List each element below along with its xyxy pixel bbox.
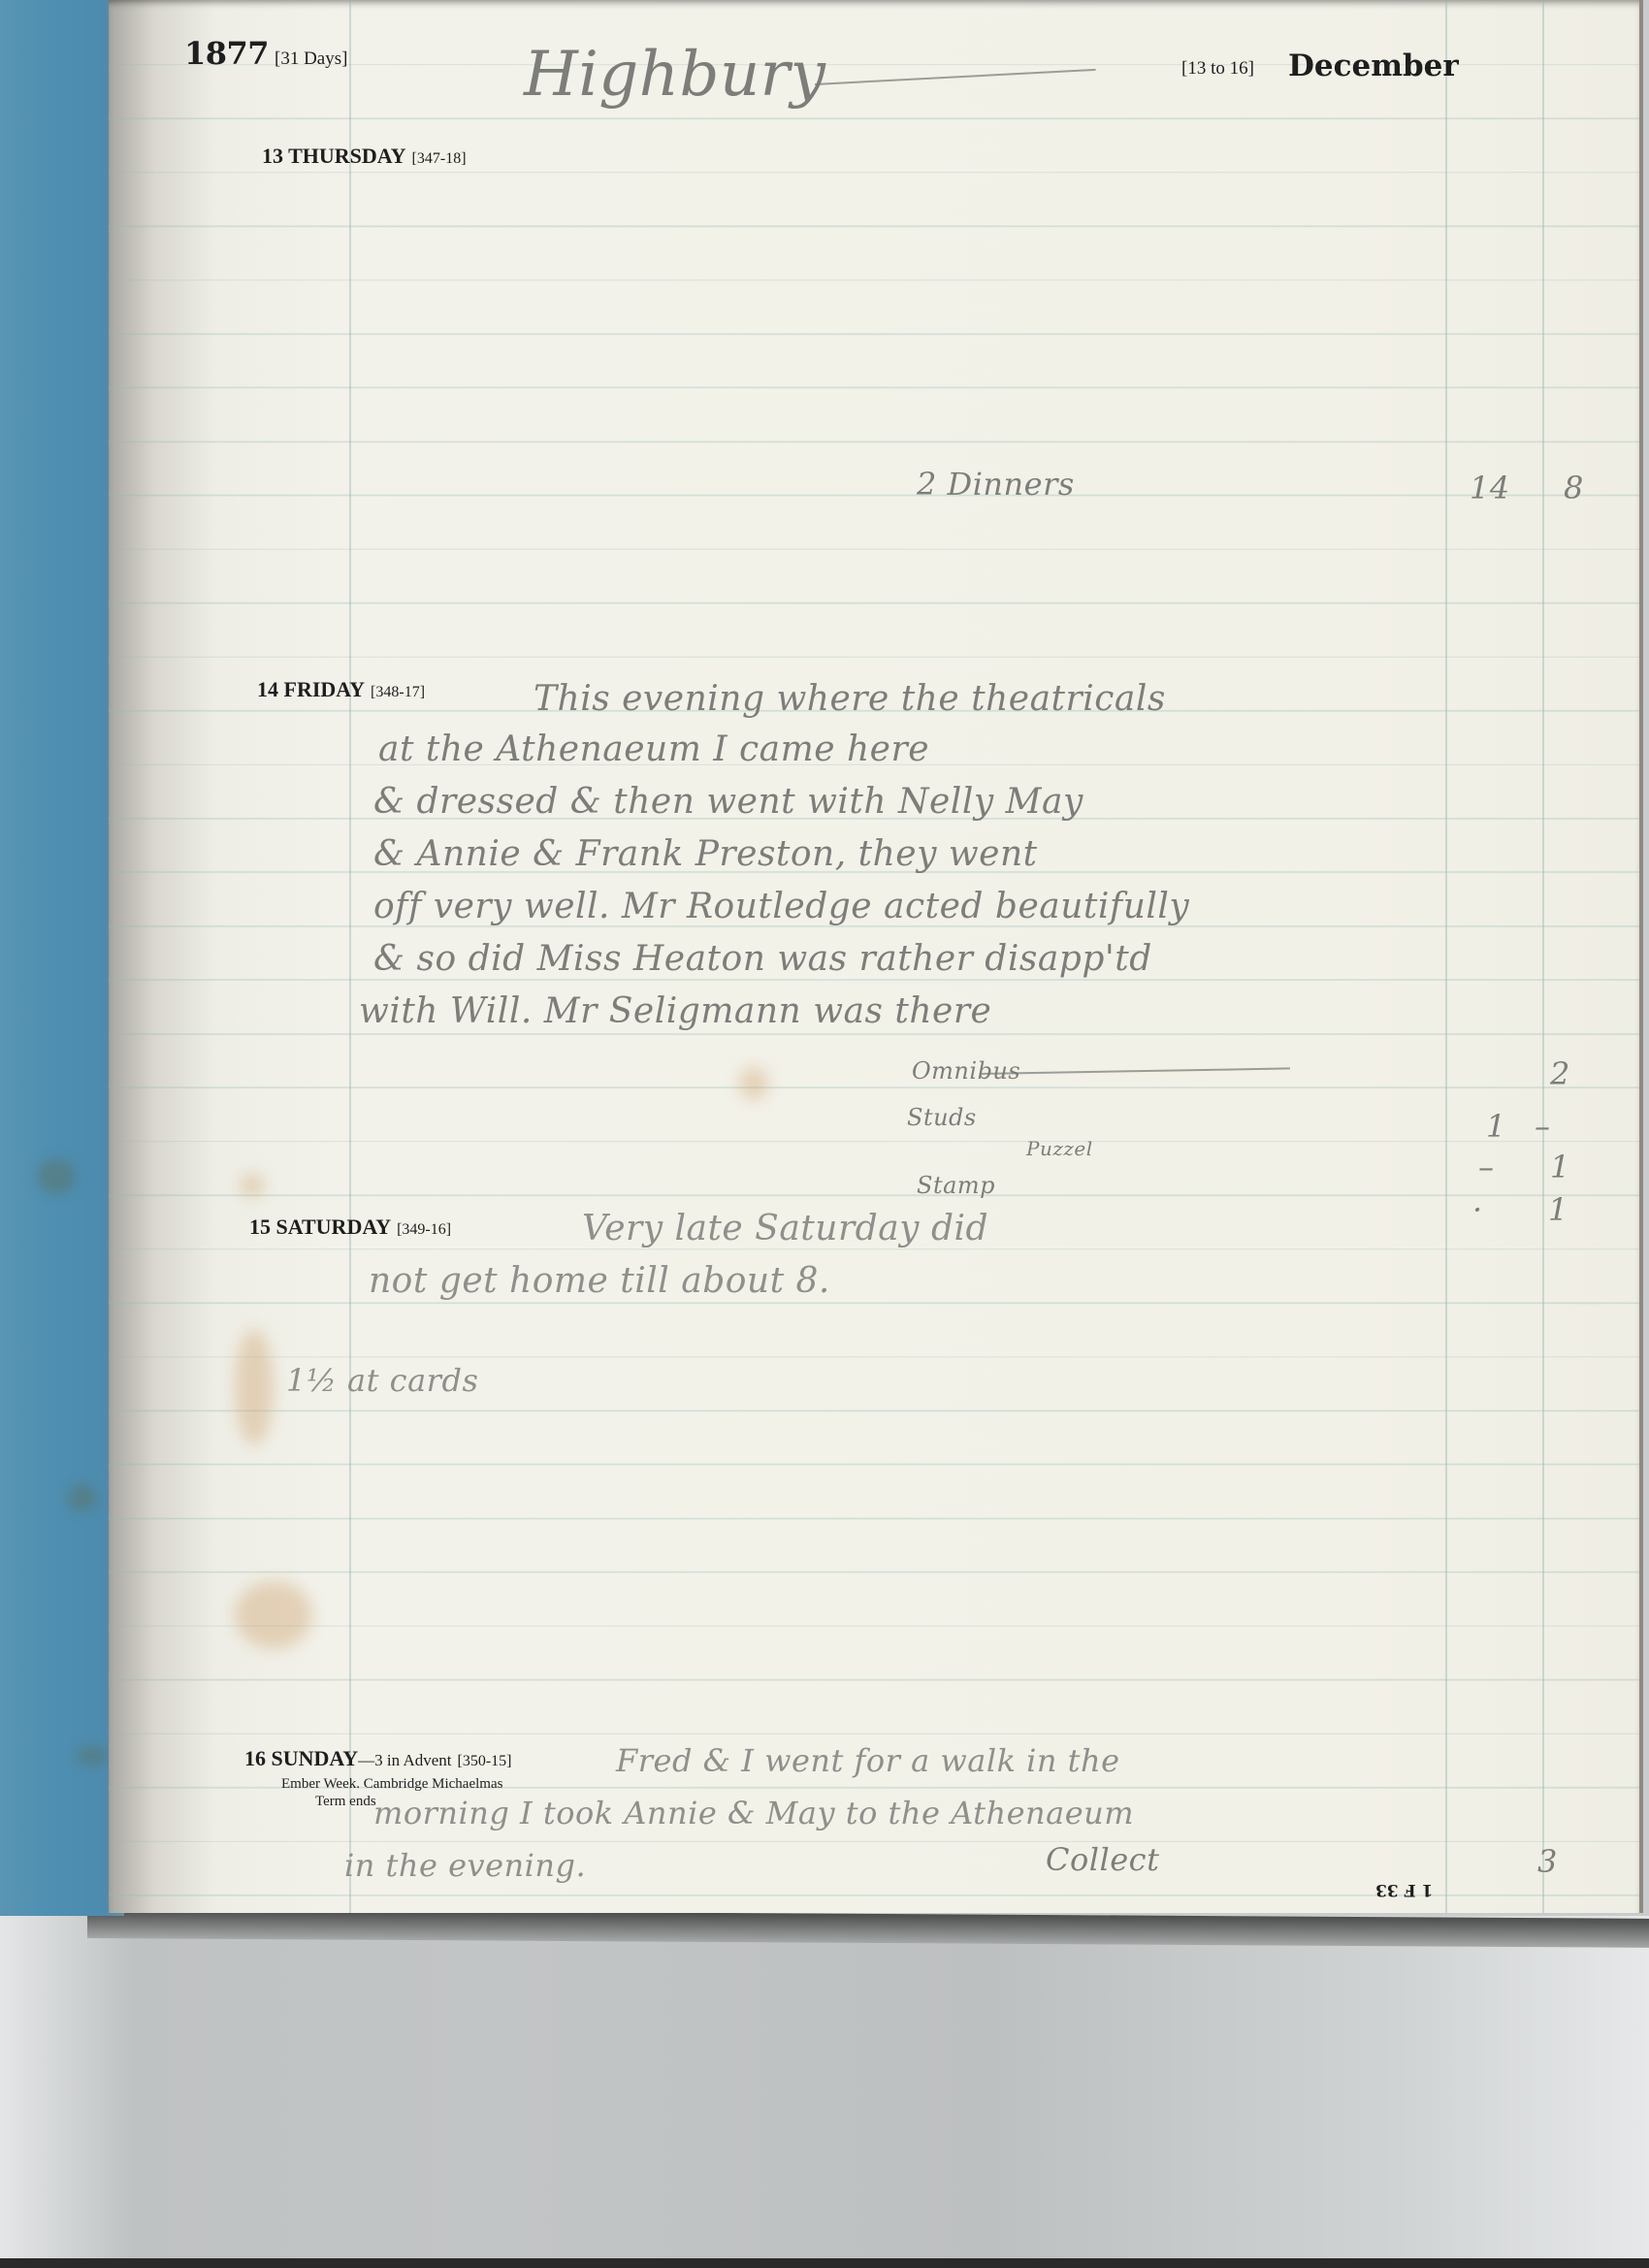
scanner-edge [0, 2258, 1649, 2268]
ledger-shillings: 14 [1470, 470, 1510, 506]
ledger-shillings: · [1472, 1191, 1483, 1228]
book-spine [0, 0, 124, 1916]
pence-column-line [1542, 0, 1544, 1913]
year: 1877 [184, 35, 269, 72]
day-label: 16 SUNDAY [244, 1746, 358, 1770]
day-label: 14 FRIDAY [257, 677, 365, 701]
diary-line: Fred & I went for a walk in the [616, 1742, 1120, 1779]
paper-stain [235, 1329, 274, 1445]
month-title: December [1288, 49, 1459, 83]
spine-stain [68, 1484, 97, 1511]
ledger-item: Omnibus [912, 1057, 1020, 1085]
diary-line: off very well. Mr Routledge acted beauti… [373, 887, 1189, 926]
margin-note: 1½ at cards [286, 1362, 478, 1399]
diary-line: This evening where the theatricals [533, 679, 1166, 719]
day-label: 15 SATURDAY [249, 1215, 391, 1239]
paper-stain [739, 1067, 768, 1100]
spine-stain [78, 1746, 107, 1766]
days-in-month: [31 Days] [275, 49, 347, 70]
ledger-pence: 1 [1550, 1149, 1570, 1185]
day-label: 13 THURSDAY [262, 144, 406, 168]
diary-line: & so did Miss Heaton was rather disapp't… [373, 939, 1152, 979]
ledger-pence: 3 [1537, 1843, 1558, 1880]
day-heading-14: 14 FRIDAY[348-17] [257, 677, 425, 702]
ledger-item: Studs [907, 1104, 977, 1131]
handwritten-place: Highbury [524, 39, 825, 111]
ledger-shillings: – [1478, 1149, 1495, 1185]
ledger-pence: 1 [1548, 1191, 1568, 1228]
scanner-background [0, 1916, 1649, 2268]
day-numbers: [350-15] [458, 1753, 512, 1769]
ledger-pence: 2 [1550, 1055, 1570, 1092]
margin-line [349, 0, 351, 1913]
diary-line: not get home till about 8. [369, 1261, 830, 1301]
diary-line: & Annie & Frank Preston, they went [373, 834, 1038, 874]
diary-line: morning I took Annie & May to the Athena… [373, 1795, 1134, 1831]
day-numbers: [347-18] [412, 150, 467, 167]
day-suffix: —3 in Advent [358, 1751, 451, 1769]
ledger-item: Stamp [917, 1172, 995, 1199]
shillings-column-line [1445, 0, 1447, 1913]
ledger-pence: 8 [1564, 470, 1584, 506]
printed-note: Term ends [315, 1793, 376, 1810]
printer-signature-mark: 1 F 33 [1375, 1880, 1433, 1899]
ledger-shillings: 1 [1486, 1108, 1506, 1145]
day-numbers: [348-17] [371, 684, 425, 700]
date-range: [13 to 16] [1181, 58, 1254, 80]
ledger-item: 2 Dinners [917, 466, 1075, 502]
day-heading-15: 15 SATURDAY[349-16] [249, 1215, 451, 1240]
spine-stain [37, 1159, 76, 1194]
diary-line: in the evening. [344, 1847, 586, 1884]
paper-stain [235, 1581, 312, 1649]
diary-line: & dressed & then went with Nelly May [373, 782, 1083, 822]
diary-line: with Will. Mr Seligmann was there [359, 991, 991, 1031]
printed-note: Ember Week. Cambridge Michaelmas [281, 1775, 502, 1793]
paper-stain [240, 1174, 265, 1197]
ledger-item: Collect [1046, 1841, 1159, 1878]
ledger-pence: – [1535, 1108, 1551, 1145]
day-numbers: [349-16] [397, 1221, 451, 1238]
diary-line: at the Athenaeum I came here [378, 729, 929, 769]
day-heading-16: 16 SUNDAY—3 in Advent[350-15] [244, 1746, 511, 1771]
day-heading-13: 13 THURSDAY[347-18] [262, 144, 467, 169]
diary-line: Very late Saturday did [582, 1209, 988, 1248]
ledger-item: Puzzel [1026, 1137, 1093, 1160]
